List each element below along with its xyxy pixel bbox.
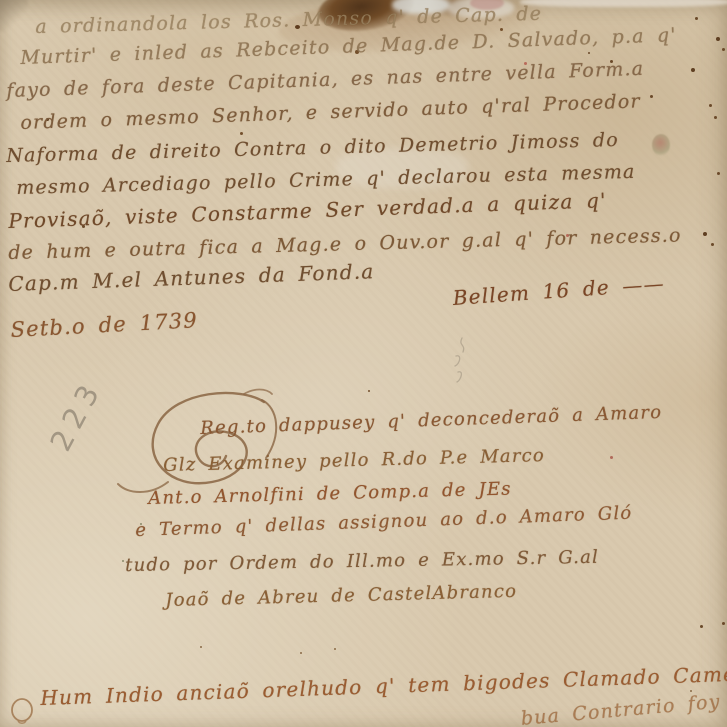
manuscript-page: a ordinandola los Ros. Monso q' de Cap. … — [0, 0, 727, 727]
red-green-speck — [652, 134, 670, 156]
ink-speck — [588, 52, 590, 54]
ink-speck — [334, 648, 336, 650]
ink-speck — [717, 172, 720, 175]
handwritten-line: e Termo q' dellas assignou ao d.o Amaro … — [135, 503, 633, 541]
handwritten-line: de hum e outra fica a Mag.e o Ouv.or g.a… — [8, 224, 682, 264]
ink-speck — [709, 104, 712, 107]
handwritten-line: Joaõ de Abreu de CastelAbranco — [165, 581, 517, 611]
torn-edge-highlight — [520, 0, 727, 7]
ink-speck — [200, 646, 202, 648]
ink-speck — [722, 622, 725, 625]
margin-circle-flourish — [8, 696, 38, 724]
ink-speck — [695, 17, 698, 20]
ink-speck — [716, 37, 720, 41]
ink-speck — [711, 243, 714, 246]
handwritten-line: Naforma de direito Contra o dito Demetri… — [6, 129, 619, 167]
ink-speck — [691, 68, 695, 72]
handwritten-line: Setb.o de 1739 — [10, 308, 198, 342]
handwritten-line: Cap.m M.el Antunes da Fond.a — [8, 259, 375, 296]
ink-speck — [703, 232, 707, 236]
folio-number: 223 — [43, 373, 109, 456]
ink-speck — [714, 116, 717, 119]
ink-speck — [722, 48, 725, 51]
handwritten-line: tudo por Ordem do Ill.mo e Ex.mo S.r G.a… — [125, 547, 599, 576]
corner-shadow — [0, 0, 28, 32]
handwritten-line: Bellem 16 de —— — [452, 271, 665, 310]
pink-speck — [610, 456, 613, 459]
ink-speck — [300, 652, 302, 654]
ink-speck — [122, 560, 124, 562]
ink-speck — [690, 690, 692, 692]
handwritten-line: bua Contrario foy — [520, 691, 721, 727]
ink-speck — [700, 625, 703, 628]
pencil-scribble — [448, 332, 488, 384]
ink-speck — [368, 390, 370, 392]
ink-speck — [650, 95, 653, 98]
ink-speck — [240, 132, 243, 135]
